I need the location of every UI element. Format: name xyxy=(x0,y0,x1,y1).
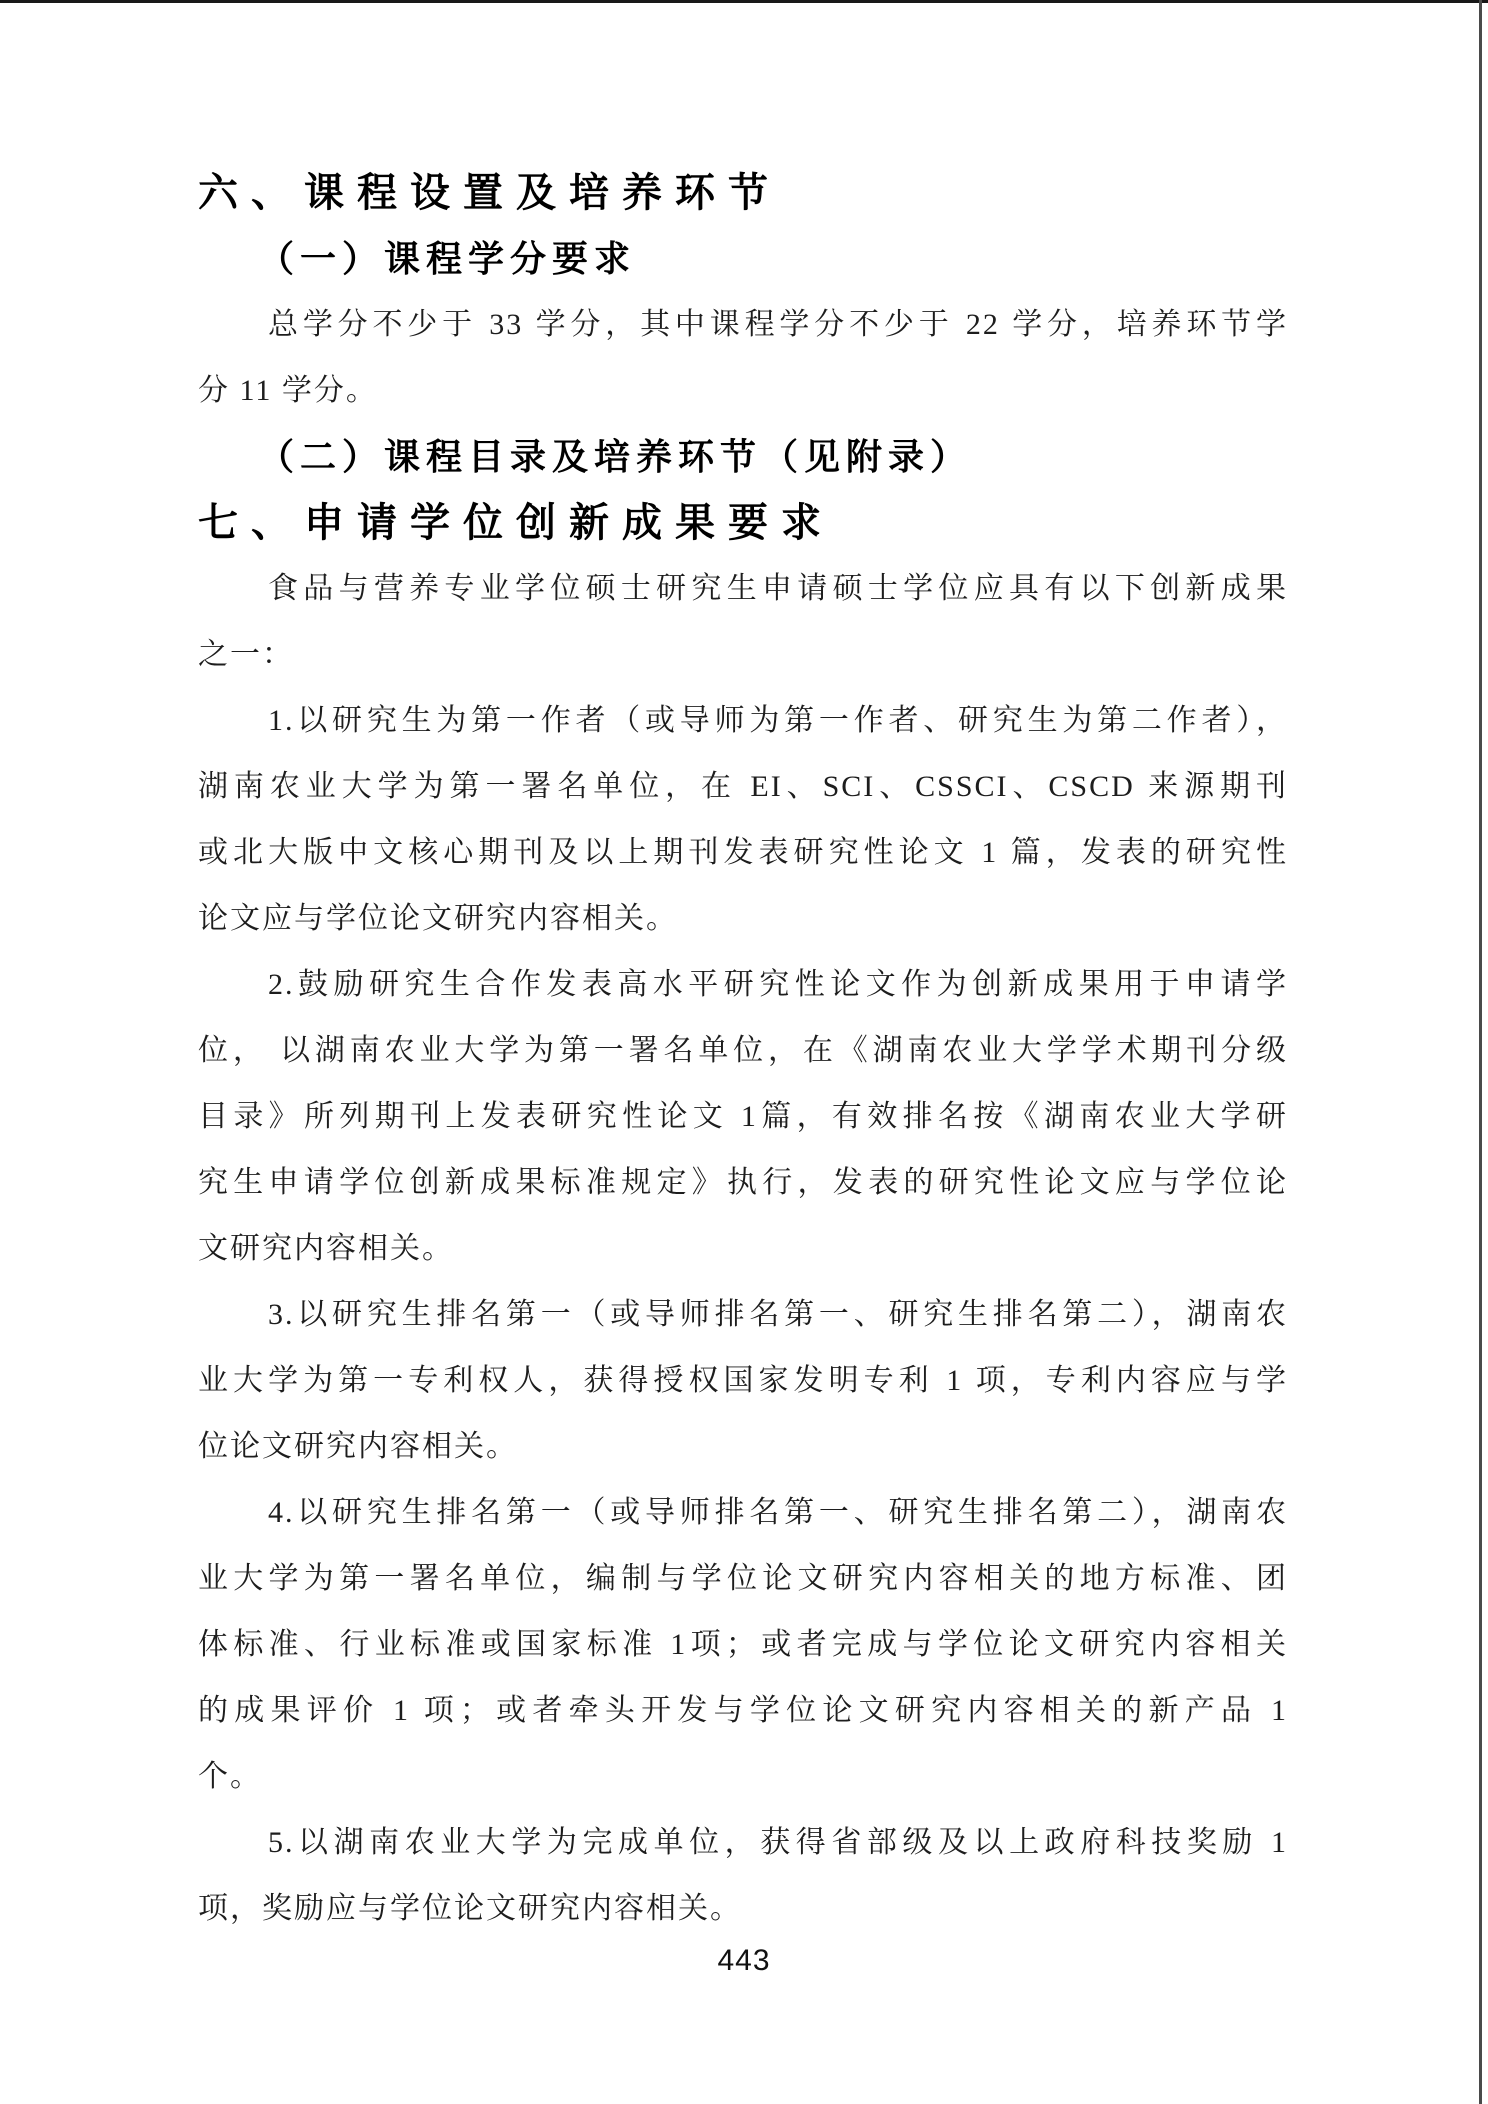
scan-edge-right-line xyxy=(1479,0,1482,2104)
scan-edge-top-line xyxy=(0,0,1488,3)
document-page: 六、课程设置及培养环节 （一）课程学分要求 总学分不少于 33 学分，其中课程学… xyxy=(0,0,1488,2104)
para-intro-line-1: 食品与营养专业学位硕士研究生申请硕士学位应具有以下创新成果 xyxy=(198,556,1288,622)
item1-line-3: 或北大版中文核心期刊及以上期刊发表研究性论文 1 篇，发表的研究性 xyxy=(198,820,1288,886)
para-intro-line-2: 之一： xyxy=(198,622,1288,688)
item2-line-3: 目录》所列期刊上发表研究性论文 1篇，有效排名按《湖南农业大学研 xyxy=(198,1084,1288,1150)
item2-line-4: 究生申请学位创新成果标准规定》执行，发表的研究性论文应与学位论 xyxy=(198,1150,1288,1216)
item4-line-1: 4.以研究生排名第一（或导师排名第一、研究生排名第二），湖南农 xyxy=(198,1480,1288,1546)
item2-line-2: 位， 以湖南农业大学为第一署名单位，在《湖南农业大学学术期刊分级 xyxy=(198,1018,1288,1084)
page-number: 443 xyxy=(0,1944,1488,1978)
item1-line-2: 湖南农业大学为第一署名单位，在 EI、SCI、CSSCI、CSCD 来源期刊 xyxy=(198,754,1288,820)
item2-line-5: 文研究内容相关。 xyxy=(198,1216,1288,1282)
item4-line-4: 的成果评价 1 项；或者牵头开发与学位论文研究内容相关的新产品 1 xyxy=(198,1678,1288,1744)
item5-line-1: 5.以湖南农业大学为完成单位，获得省部级及以上政府科技奖励 1 xyxy=(198,1810,1288,1876)
item2-line-1: 2.鼓励研究生合作发表高水平研究性论文作为创新成果用于申请学 xyxy=(198,952,1288,1018)
item3-line-2: 业大学为第一专利权人，获得授权国家发明专利 1 项，专利内容应与学 xyxy=(198,1348,1288,1414)
heading-section-six: 六、课程设置及培养环节 xyxy=(198,160,1288,226)
item4-line-3: 体标准、行业标准或国家标准 1项；或者完成与学位论文研究内容相关 xyxy=(198,1612,1288,1678)
heading-sub-two: （二）课程目录及培养环节（见附录） xyxy=(198,424,1288,490)
item4-line-2: 业大学为第一署名单位，编制与学位论文研究内容相关的地方标准、团 xyxy=(198,1546,1288,1612)
heading-section-seven: 七、申请学位创新成果要求 xyxy=(198,490,1288,556)
item1-line-4: 论文应与学位论文研究内容相关。 xyxy=(198,886,1288,952)
item3-line-3: 位论文研究内容相关。 xyxy=(198,1414,1288,1480)
para-credit-line-2: 分 11 学分。 xyxy=(198,358,1288,424)
item4-line-5: 个。 xyxy=(198,1744,1288,1810)
item3-line-1: 3.以研究生排名第一（或导师排名第一、研究生排名第二），湖南农 xyxy=(198,1282,1288,1348)
para-credit-line-1: 总学分不少于 33 学分，其中课程学分不少于 22 学分，培养环节学 xyxy=(198,292,1288,358)
heading-sub-one: （一）课程学分要求 xyxy=(198,226,1288,292)
item5-line-2: 项，奖励应与学位论文研究内容相关。 xyxy=(198,1876,1288,1942)
document-text-block: 六、课程设置及培养环节 （一）课程学分要求 总学分不少于 33 学分，其中课程学… xyxy=(198,160,1288,1942)
item1-line-1: 1.以研究生为第一作者（或导师为第一作者、研究生为第二作者）， xyxy=(198,688,1288,754)
